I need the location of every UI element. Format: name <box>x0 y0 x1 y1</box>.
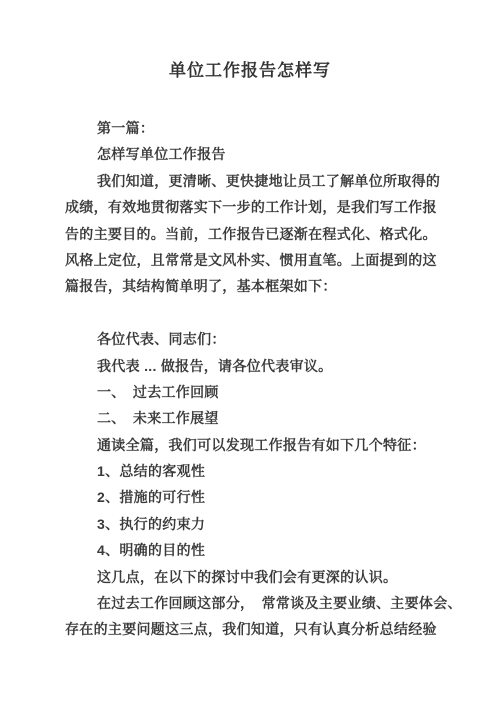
document-line: 通读全篇，我们可以发现工作报告有如下几个特征： <box>65 432 395 458</box>
document-line: 一、 过去工作回顾 <box>65 379 395 405</box>
document-line: 怎样写单位工作报告 <box>65 141 395 167</box>
document-line: 二、 未来工作展望 <box>65 405 395 431</box>
document-line: 篇报告，其结构简单明了，基本框架如下： <box>65 273 395 299</box>
document-title: 单位工作报告怎样写 <box>0 60 500 82</box>
document-line: 3、执行的约束力 <box>65 511 395 537</box>
document-page: 单位工作报告怎样写 第一篇：怎样写单位工作报告我们知道，更清晰、更快捷地让员工了… <box>0 0 500 708</box>
document-line: 告的主要目的。当前，工作报告已逐渐在程式化、格式化。 <box>65 221 395 247</box>
document-line: 各位代表、同志们： <box>65 326 395 352</box>
document-line: 第一篇： <box>65 115 395 141</box>
document-line: 这几点，在以下的探讨中我们会有更深的认识。 <box>65 564 395 590</box>
document-body: 第一篇：怎样写单位工作报告我们知道，更清晰、更快捷地让员工了解单位所取得的成绩，… <box>65 115 395 643</box>
document-line: 风格上定位，且常常是文风朴实、惯用直笔。上面提到的这 <box>65 247 395 273</box>
document-line: 成绩，有效地贯彻落实下一步的工作计划，是我们写工作报 <box>65 194 395 220</box>
document-line: 1、总结的客观性 <box>65 458 395 484</box>
document-line: 4、明确的目的性 <box>65 537 395 563</box>
document-line: 我代表 ... 做报告，请各位代表审议。 <box>65 353 395 379</box>
document-line: 存在的主要问题这三点，我们知道，只有认真分析总结经验 <box>65 616 395 642</box>
document-line: 2、措施的可行性 <box>65 484 395 510</box>
document-line <box>65 300 395 326</box>
document-line: 在过去工作回顾这部分， 常常谈及主要业绩、主要体会、 <box>65 590 395 616</box>
document-line: 我们知道，更清晰、更快捷地让员工了解单位所取得的 <box>65 168 395 194</box>
